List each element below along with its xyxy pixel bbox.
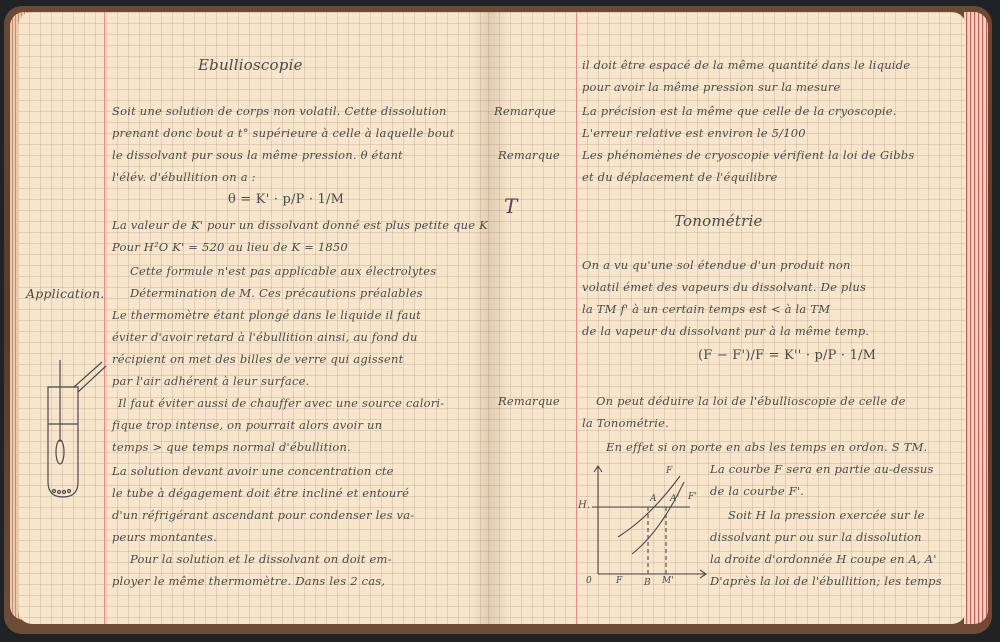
text-line: de la vapeur du dissolvant pur à la même… [582,324,869,338]
text-line: Soit une solution de corps non volatil. … [112,104,447,118]
text-line: D'après la loi de l'ébullition; les temp… [710,574,942,588]
text-line: pour avoir la même pression sur la mesur… [582,80,841,94]
text-line: La valeur de K' pour un dissolvant donné… [112,218,488,232]
vapor-pressure-graph-icon [580,462,710,587]
text-line: Cette formule n'est pas applicable aux é… [130,264,436,278]
page-title: Ebullioscopie [198,56,303,74]
text-line: fique trop intense, on pourrait alors av… [112,418,382,432]
text-line: l'élév. d'ébullition on a : [112,170,256,184]
text-line: temps > que temps normal d'ébullition. [112,440,351,454]
graph-curve-label: F' [688,492,697,502]
text-line: L'erreur relative est environ le 5/100 [582,126,806,140]
text-line: volatil émet des vapeurs du dissolvant. … [582,280,866,294]
graph-y-label: H. [578,500,590,511]
graph-origin-label: 0 [586,576,592,586]
text-line: de la courbe F'. [710,484,804,498]
text-line: Le thermomètre étant plongé dans le liqu… [112,308,421,322]
graph-x-label: B [644,578,651,588]
apparatus-sketch-icon [38,352,108,502]
text-line: la Tonométrie. [582,416,669,430]
text-line: d'un réfrigérant ascendant pour condense… [112,508,414,522]
binding-gutter [470,12,510,624]
text-line: dissolvant pur ou sur la dissolution [710,530,922,544]
page-edges-right [964,12,988,624]
text-line: La précision est la même que celle de la… [582,104,897,118]
text-line: par l'air adhérent à leur surface. [112,374,310,388]
right-page: il doit être espacé de la même quantité … [488,12,966,624]
text-line: il doit être espacé de la même quantité … [582,58,910,72]
formula: θ = K' · p/P · 1/M [228,192,344,207]
margin-note: Application. [26,286,104,301]
text-line: En effet si on porte en abs les temps en… [606,440,927,454]
text-line: éviter d'avoir retard à l'ébullition ain… [112,330,418,344]
text-line: La courbe F sera en partie au-dessus [710,462,934,476]
graph-point-label: A' [670,494,679,504]
text-line: On a vu qu'une sol étendue d'un produit … [582,258,851,272]
text-line: la TM f' à un certain temps est < à la T… [582,302,830,316]
graph-x-label: M' [662,576,674,586]
text-line: On peut déduire la loi de l'ébullioscopi… [596,394,906,408]
margin-line [104,12,105,624]
text-line: Il faut éviter aussi de chauffer avec un… [118,396,444,410]
text-line: peurs montantes. [112,530,217,544]
text-line: le dissolvant pur sous la même pression.… [112,148,403,162]
text-line: Détermination de M. Ces précautions préa… [130,286,423,300]
page-title: Tonométrie [674,212,763,230]
graph-x-label: F [616,576,622,586]
text-line: Pour la solution et le dissolvant on doi… [130,552,392,566]
left-page: Ebullioscopie Soit une solution de corps… [18,12,488,624]
formula: (F − F')/F = K'' · p/P · 1/M [698,348,876,363]
text-line: Les phénomènes de cryoscopie vérifient l… [582,148,914,162]
graph-point-label: A [650,494,657,504]
text-line: le tube à dégagement doit être incliné e… [112,486,409,500]
text-line: prenant donc bout a t° supérieure à cell… [112,126,454,140]
margin-line [576,12,577,624]
text-line: ployer le même thermomètre. Dans les 2 c… [112,574,385,588]
text-line: La solution devant avoir une concentrati… [112,464,394,478]
text-line: et du déplacement de l'équilibre [582,170,778,184]
text-line: la droite d'ordonnée H coupe en A, A' [710,552,937,566]
text-line: récipient on met des billes de verre qui… [112,352,403,366]
text-line: Soit H la pression exercée sur le [728,508,925,522]
text-line: Pour H²O K' = 520 au lieu de K = 1850 [112,240,348,254]
graph-curve-label: F [666,466,672,476]
